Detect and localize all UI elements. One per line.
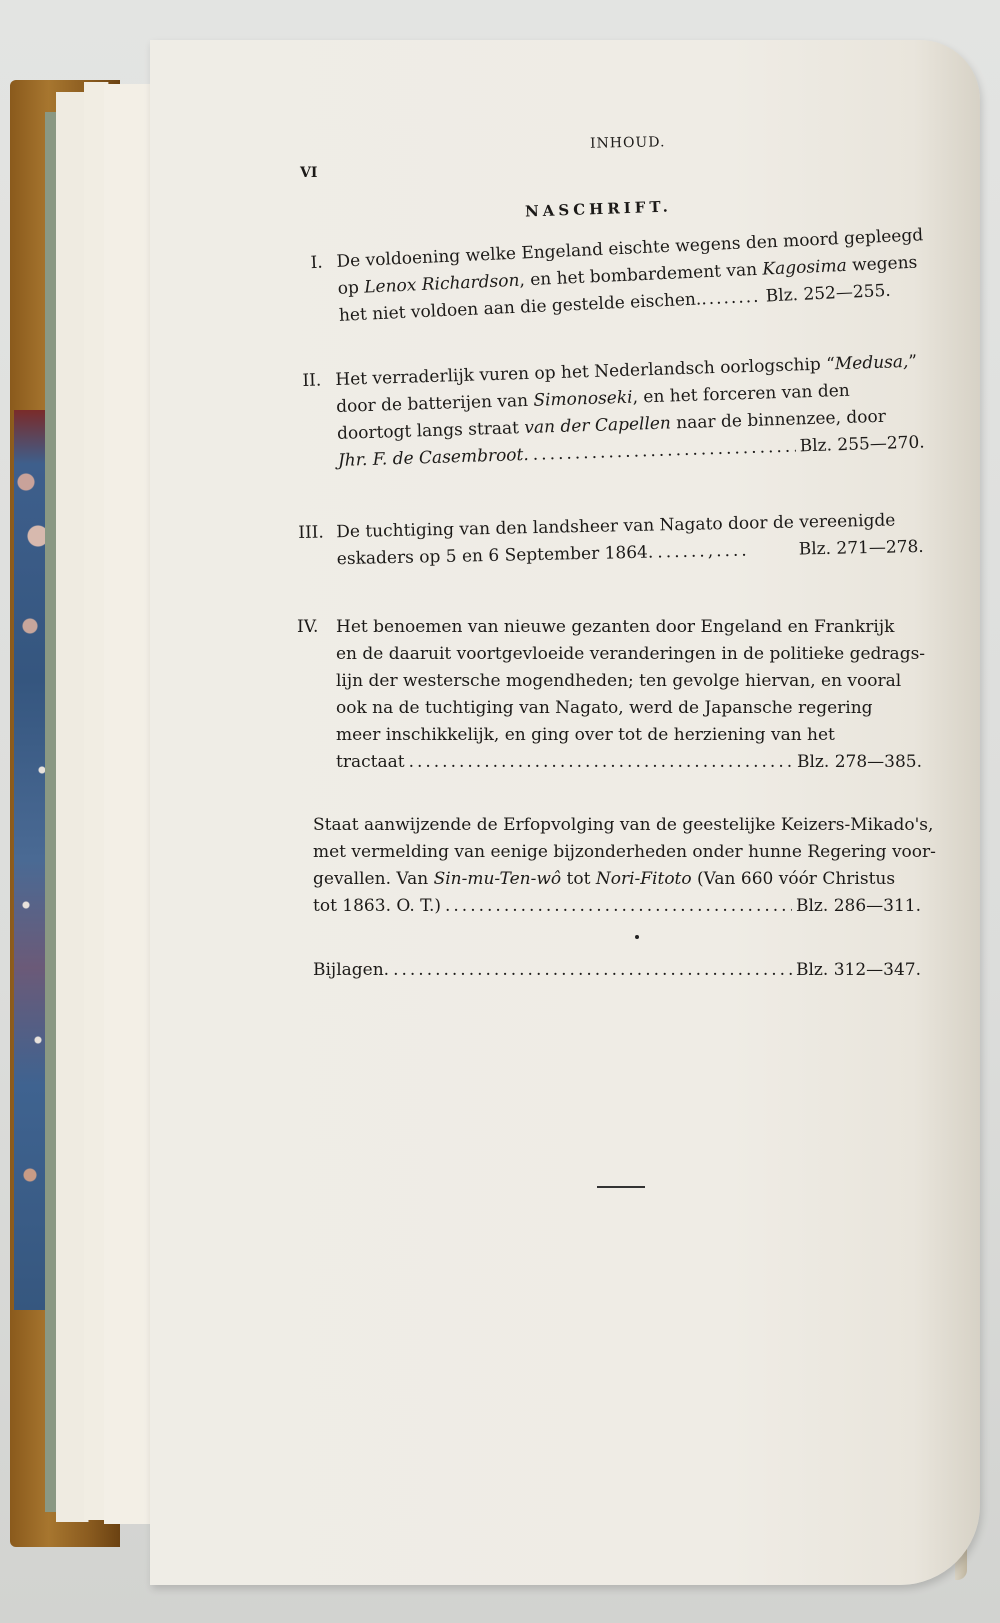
toc-entry-4: IV.Het benoemen van nieuwe gezanten door…	[297, 614, 922, 776]
page-range: Blz. 286—311.	[796, 893, 921, 920]
entry-numeral: III.	[298, 519, 324, 547]
toc-entry-bijlagen: Bijlagen................................…	[313, 957, 921, 984]
entry-numeral: II.	[302, 367, 322, 395]
page-range: Blz. 271—278.	[798, 534, 924, 564]
entry-numeral: IV.	[297, 614, 318, 641]
section-end-rule	[597, 1186, 645, 1188]
entry-numeral: I.	[310, 250, 323, 278]
page-range: Blz. 278—385.	[797, 749, 922, 776]
page-number: VI	[300, 165, 317, 181]
flyleaf	[104, 84, 151, 1524]
ornament-dot	[635, 935, 639, 939]
running-head: INHOUD.	[590, 134, 666, 152]
page-range: Blz. 252—255.	[765, 281, 891, 307]
page-range: Blz. 312—347.	[796, 957, 921, 984]
page-range: Blz. 255—270.	[799, 429, 925, 460]
toc-entry-2: II.Het verraderlijk vuren op het Nederla…	[302, 349, 925, 476]
toc-entry-staat: Staat aanwijzende de Erfopvolging van de…	[313, 812, 921, 920]
show-through-text	[420, 795, 425, 813]
